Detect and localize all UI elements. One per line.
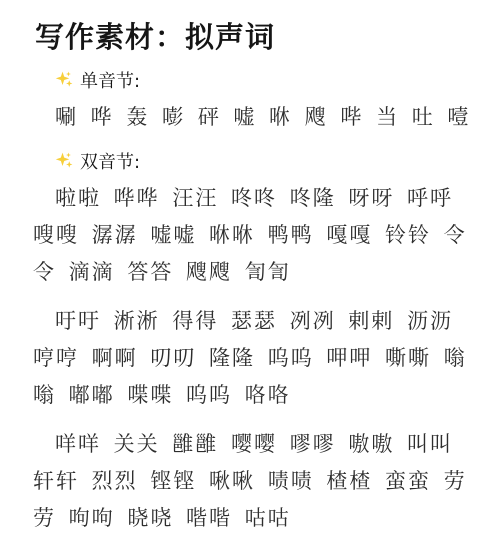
section-monosyllable: 单音节: 唰 哗 轰 嘭 砰 嘘 咻 飕 哔 当 吐 噎 — [33, 67, 478, 136]
section-label: 单音节: — [80, 67, 140, 93]
disyllable-word-list-1: 啦啦 哗哗 汪汪 咚咚 咚隆 呀呀 呼呼 嗖嗖 潺潺 嘘嘘 咻咻 鸭鸭 嘎嘎 铃… — [33, 180, 478, 291]
section-disyllable-header: 双音节: — [55, 148, 478, 174]
onomatopoeia-page: 写作素材：拟声词 单音节: 唰 哗 轰 嘭 砰 嘘 咻 飕 哔 当 吐 噎 — [0, 0, 500, 537]
sparkles-icon — [55, 70, 74, 89]
section-disyllable: 双音节: 啦啦 哗哗 汪汪 咚咚 咚隆 呀呀 呼呼 嗖嗖 潺潺 嘘嘘 咻咻 鸭鸭… — [33, 148, 478, 537]
section-label: 双音节: — [80, 148, 140, 174]
sparkles-icon — [55, 151, 74, 170]
disyllable-word-list-2: 吁吁 淅淅 得得 瑟瑟 冽冽 剌剌 沥沥 哼哼 啊啊 叨叨 隆隆 呜呜 呷呷 嘶… — [33, 303, 478, 414]
monosyllable-word-list: 唰 哗 轰 嘭 砰 嘘 咻 飕 哔 当 吐 噎 — [33, 99, 478, 136]
section-monosyllable-header: 单音节: — [55, 67, 478, 93]
page-title: 写作素材：拟声词 — [35, 20, 478, 55]
disyllable-word-list-3: 咩咩 关关 雝雝 嘤嘤 嘐嘐 嗷嗷 叫叫 轩轩 烈烈 铿铿 啾啾 啧啧 楂楂 蛮… — [33, 426, 478, 537]
